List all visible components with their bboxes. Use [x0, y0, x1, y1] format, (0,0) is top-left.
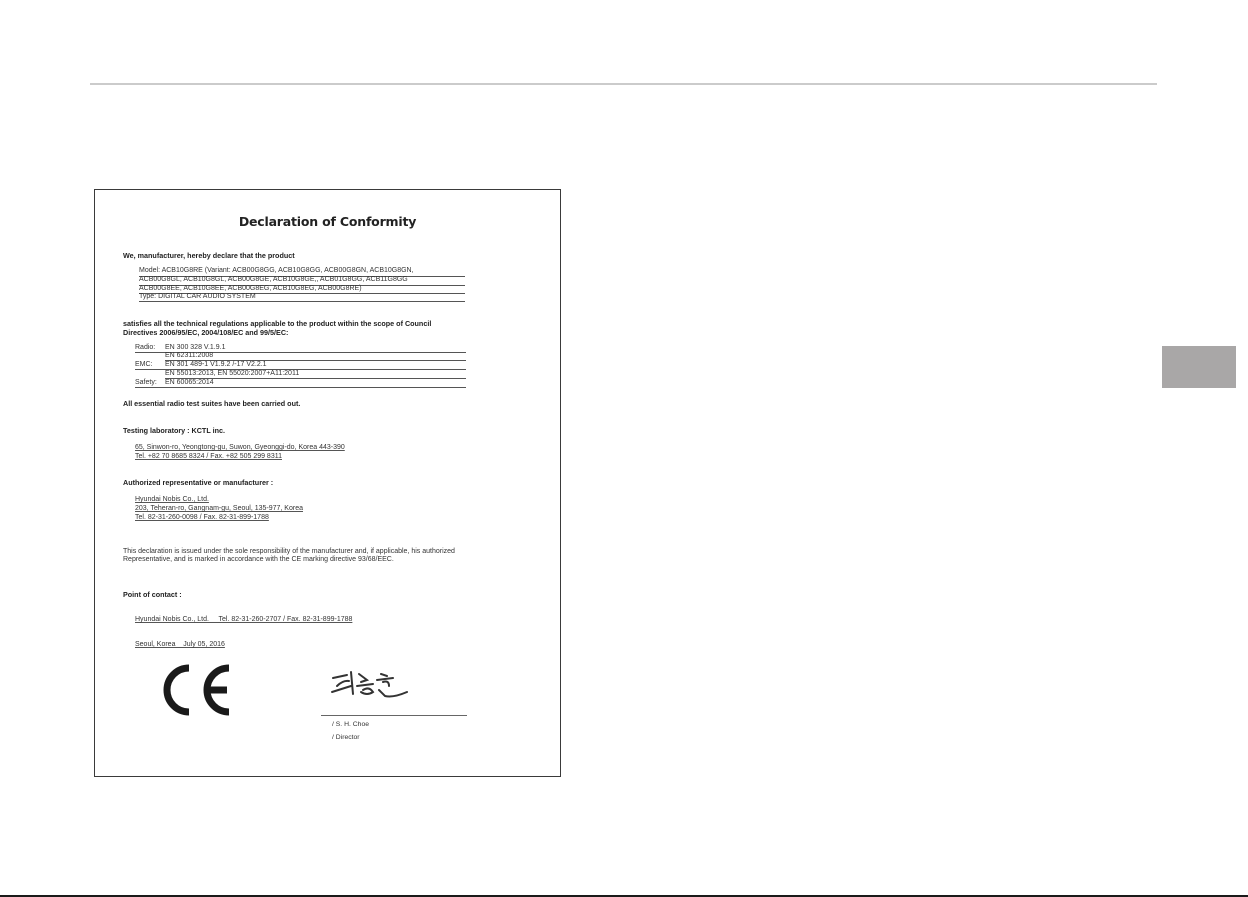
header-divider	[90, 83, 1157, 85]
signature-icon	[327, 666, 411, 702]
authorized-heading: Authorized representative or manufacture…	[123, 478, 273, 487]
testing-lab-address: 65, Sinwon-ro, Yeongtong-gu, Suwon, Gyeo…	[135, 444, 345, 451]
regulations-intro: satisfies all the technical regulations …	[123, 319, 431, 328]
product-line: ACB00G8GL, ACB10G8GL, ACB00G8GE, ACB10G8…	[139, 276, 408, 283]
place-date: Seoul, Korea July 05, 2016	[135, 641, 225, 648]
standard-value: EN 301 489-1 V1.9.2 /-17 V2.2.1	[165, 361, 267, 368]
standard-label: Radio:	[135, 344, 155, 351]
signatory-title: / Director	[332, 734, 360, 741]
authorized-address: 203, Teheran-ro, Gangnam-gu, Seoul, 135-…	[135, 505, 303, 512]
testing-lab-phone: Tel. +82 70 8685 8324 / Fax. +82 505 299…	[135, 453, 282, 460]
test-statement: All essential radio test suites have bee…	[123, 399, 300, 408]
testing-lab-heading: Testing laboratory : KCTL inc.	[123, 426, 225, 435]
responsibility-statement-cont: Representative, and is marked in accorda…	[123, 556, 394, 563]
standard-value: EN 300 328 V.1.9.1	[165, 344, 225, 351]
standard-value: EN 60065:2014	[165, 379, 214, 386]
document-title: Declaration of Conformity	[95, 214, 560, 229]
standard-label: Safety:	[135, 379, 157, 386]
signature-line	[321, 715, 467, 716]
standard-value: EN 55013:2013, EN 55020:2007+A11:2011	[165, 370, 299, 377]
regulations-directives: Directives 2006/95/EC, 2004/108/EC and 9…	[123, 328, 288, 337]
product-type: Type: DIGITAL CAR AUDIO SYSTEM	[139, 293, 256, 300]
contact-heading: Point of contact :	[123, 590, 182, 599]
standard-label: EMC:	[135, 361, 153, 368]
authorized-company: Hyundai Nobis Co., Ltd.	[135, 496, 209, 503]
contact-line: Hyundai Nobis Co., Ltd. Tel. 82-31-260-2…	[135, 616, 352, 623]
authorized-phone: Tel. 82-31-260-0098 / Fax. 82-31-899-178…	[135, 514, 269, 521]
signatory-name: / S. H. Choe	[332, 721, 369, 728]
product-line: Model: ACB10G8RE (Variant: ACB00G8GG, AC…	[139, 267, 414, 274]
standard-value: EN 62311:2008	[165, 352, 213, 359]
declaration-of-conformity-image: Declaration of Conformity We, manufactur…	[94, 189, 561, 777]
declaration-intro: We, manufacturer, hereby declare that th…	[123, 251, 295, 260]
product-line: ACB00G8EE, ACB10G8EE, ACB00G8EG, ACB10G8…	[139, 285, 362, 292]
responsibility-statement: This declaration is issued under the sol…	[123, 548, 455, 555]
section-tab	[1162, 346, 1236, 388]
ce-mark-icon	[161, 664, 233, 716]
